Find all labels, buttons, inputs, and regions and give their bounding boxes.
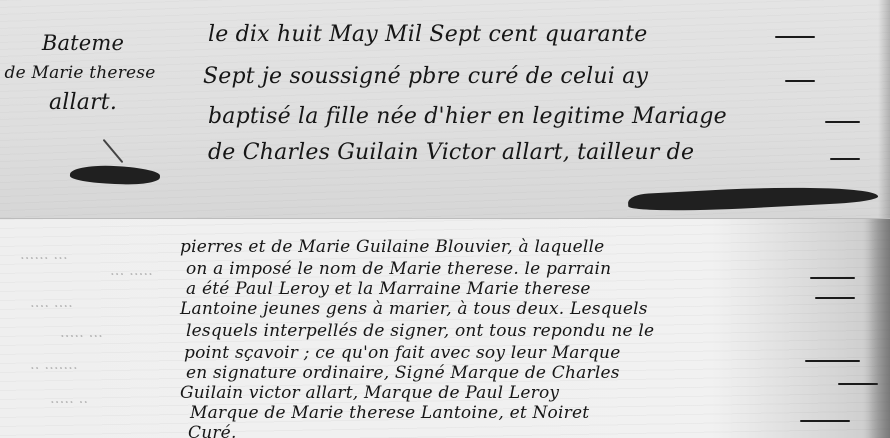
- page-edge-shadow: [868, 219, 890, 438]
- margin-note-line: Bateme: [8, 28, 158, 58]
- bleed-through-text: ... .....: [60, 323, 103, 341]
- margin-note: Bateme de Marie therese allart.: [8, 28, 158, 118]
- line-filler-rule: [825, 121, 860, 123]
- bleed-through-text: .... ....: [30, 293, 73, 311]
- bleed-through-text: ... ......: [20, 245, 68, 263]
- text-line: le dix huit May Mil Sept cent quarante: [208, 22, 647, 47]
- text-line: Marque de Marie therese Lantoine, et Noi…: [190, 403, 589, 423]
- text-line: en signature ordinaire, Signé Marque de …: [186, 363, 620, 383]
- line-filler-rule: [815, 297, 855, 299]
- text-line: lesquels interpellés de signer, ont tous…: [186, 321, 654, 341]
- line-filler-rule: [805, 360, 860, 362]
- ink-blot-left: [70, 164, 161, 185]
- line-filler-rule: [810, 277, 855, 279]
- margin-note-line: allart.: [8, 88, 158, 118]
- page-edge-shadow: [878, 0, 890, 218]
- line-filler-rule: [800, 420, 850, 422]
- bleed-through-text: ....... ..: [30, 355, 78, 373]
- text-line: de Charles Guilain Victor allart, taille…: [208, 140, 694, 165]
- text-line: Guilain victor allart, Marque de Paul Le…: [180, 383, 559, 403]
- text-line: pierres et de Marie Guilaine Blouvier, à…: [180, 237, 604, 257]
- line-filler-rule: [775, 36, 815, 38]
- text-line: point sçavoir ; ce qu'on fait avec soy l…: [184, 343, 620, 363]
- bleed-through-text: .. .....: [50, 389, 88, 407]
- text-line: a été Paul Leroy et la Marraine Marie th…: [186, 279, 591, 299]
- bleed-through-text: ..... ...: [110, 261, 153, 279]
- text-line: Lantoine jeunes gens à marier, à tous de…: [180, 299, 648, 319]
- register-fragment-top: Bateme de Marie therese allart. le dix h…: [0, 0, 890, 218]
- ink-blot-right: [628, 181, 879, 214]
- ink-stroke: [103, 139, 124, 163]
- line-filler-rule: [785, 80, 815, 82]
- text-line: on a imposé le nom de Marie therese. le …: [186, 259, 611, 279]
- text-line: Curé.: [188, 423, 237, 438]
- text-line: Sept je soussigné pbre curé de celui ay: [203, 64, 648, 89]
- register-fragment-bottom: ... ...... ..... ... .... .... ... .....…: [0, 218, 890, 438]
- line-filler-rule: [830, 158, 860, 160]
- text-line: baptisé la fille née d'hier en legitime …: [208, 104, 727, 129]
- margin-note-line: de Marie therese: [2, 58, 158, 88]
